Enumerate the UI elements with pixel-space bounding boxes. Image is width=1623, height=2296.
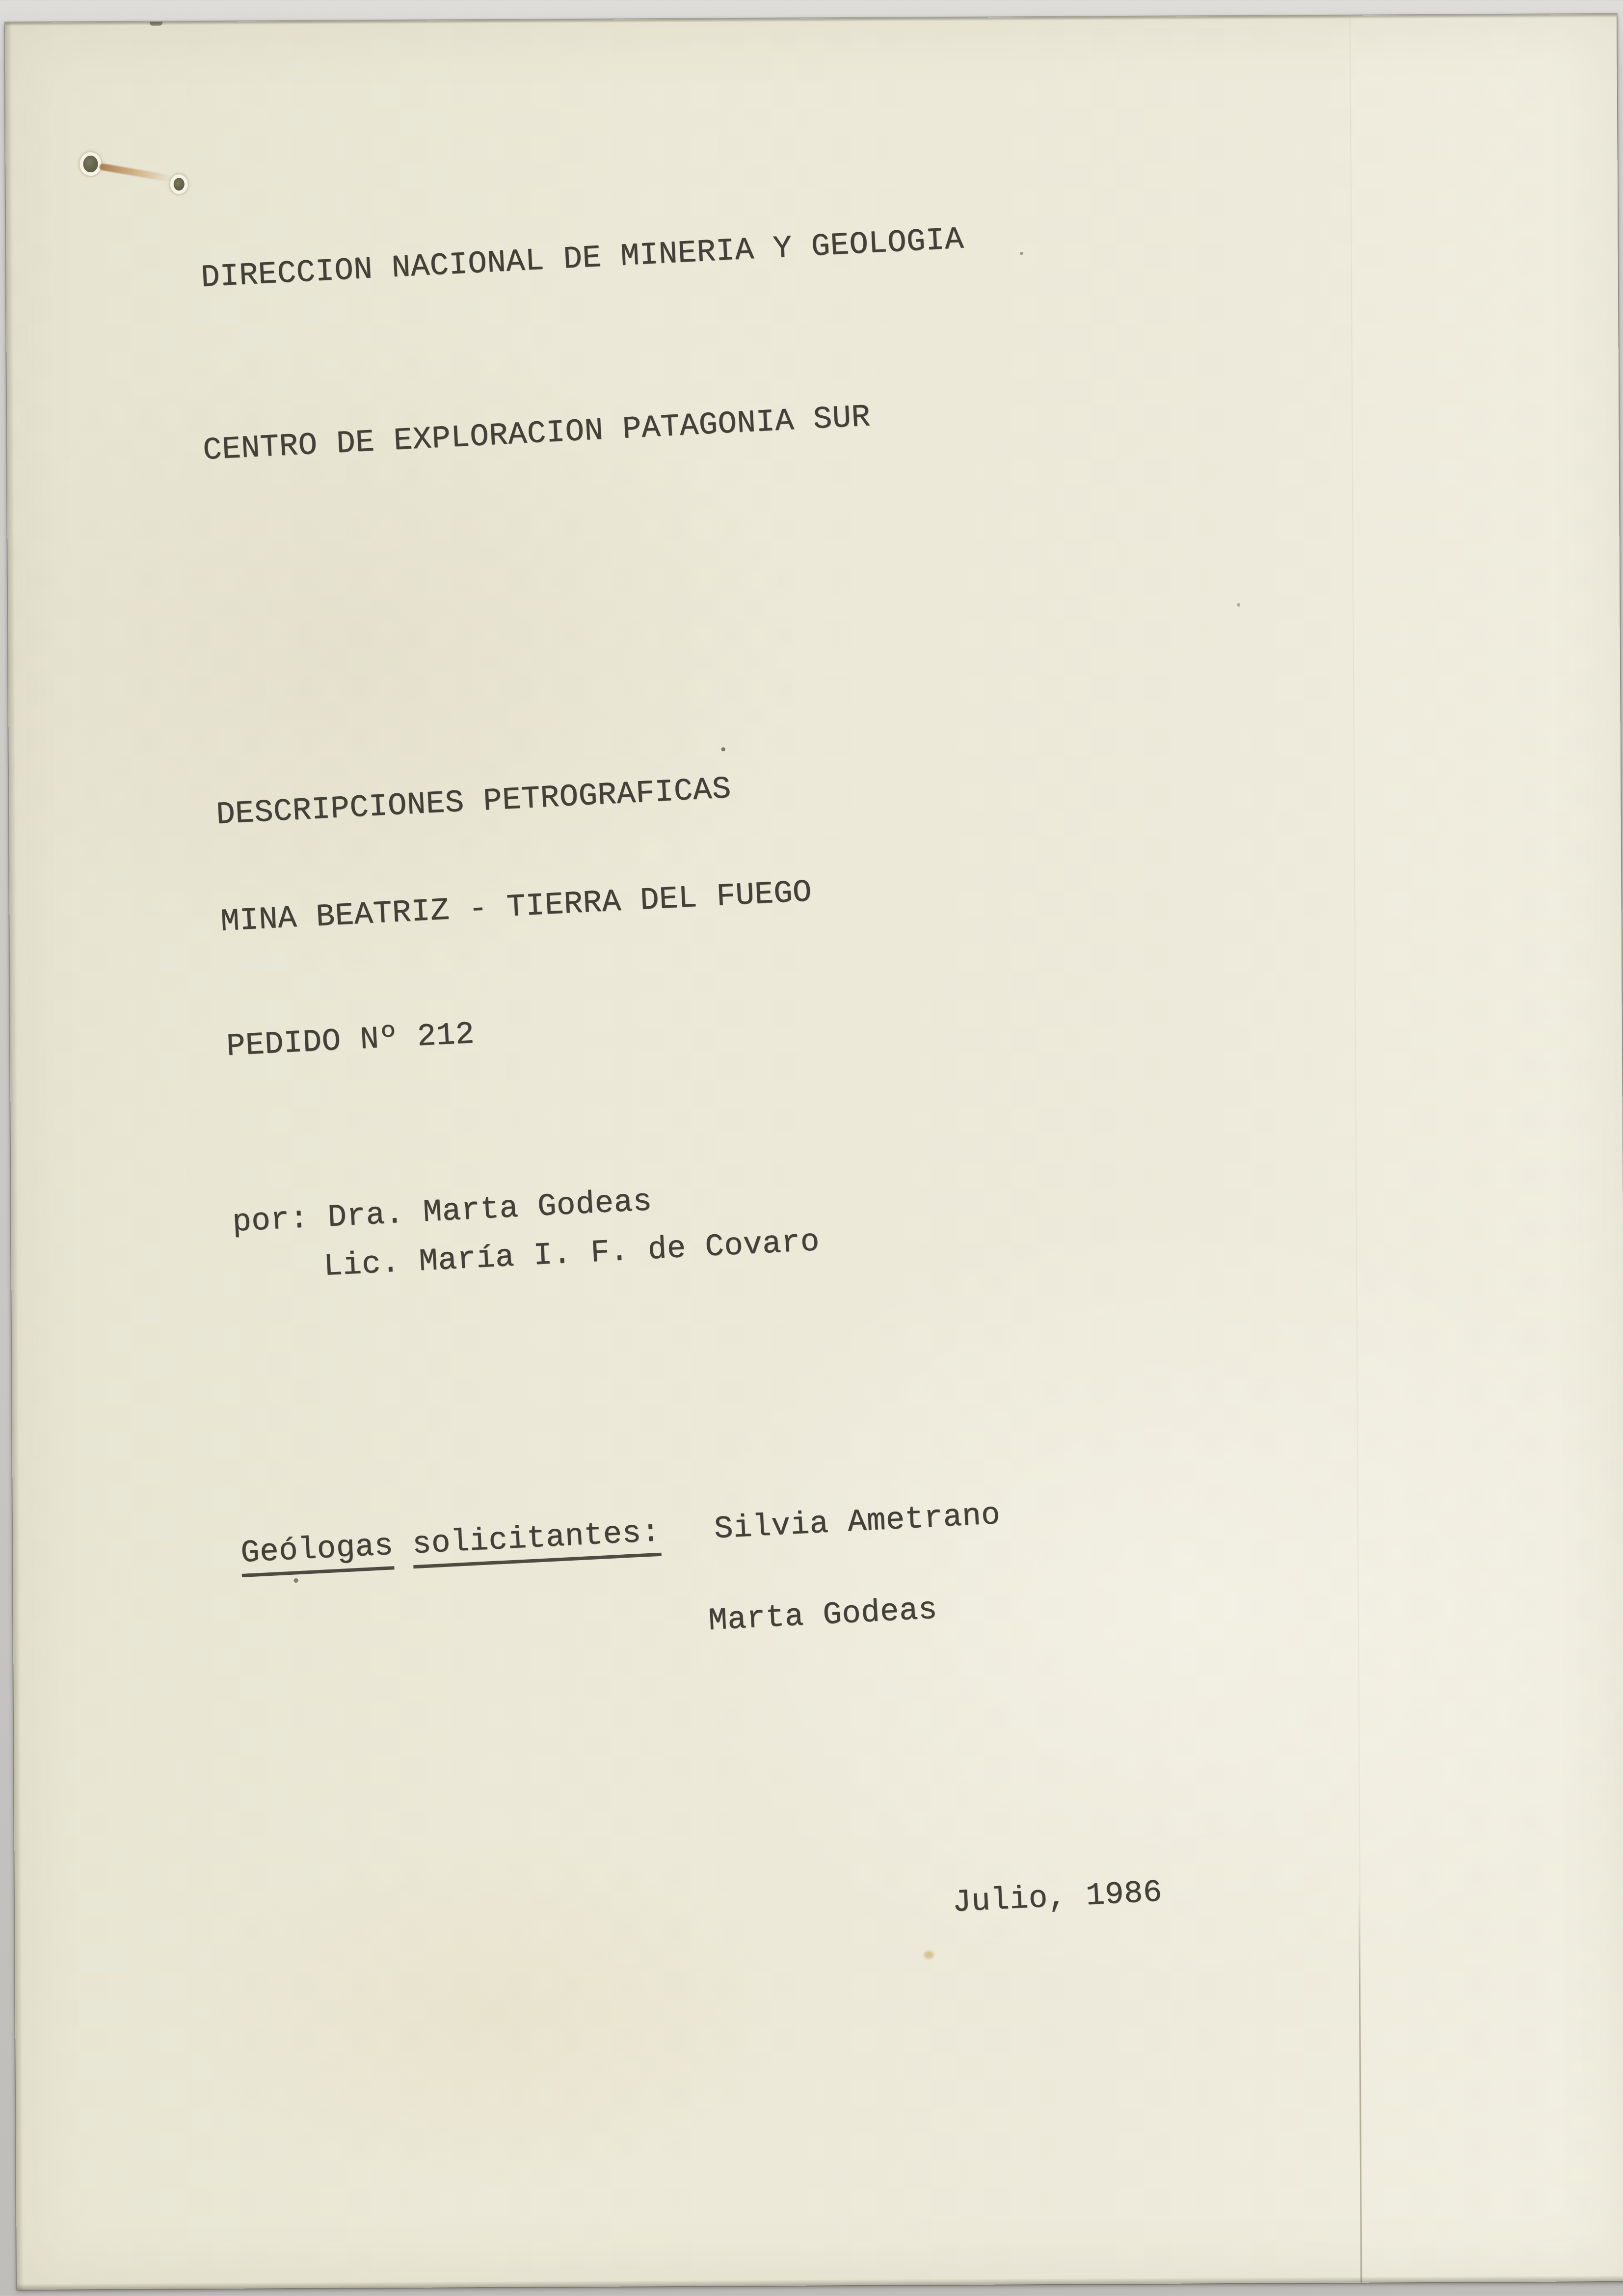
paper-speck bbox=[1237, 603, 1240, 607]
scanned-document: DIRECCION NACIONAL DE MINERIA Y GEOLOGIA… bbox=[0, 0, 1623, 2296]
paper-stain bbox=[924, 1951, 934, 1959]
rust-streak bbox=[99, 163, 172, 182]
paper-edge-nick bbox=[150, 22, 162, 26]
paper-speck bbox=[1020, 252, 1023, 255]
underlying-page-edge bbox=[1350, 14, 1623, 2283]
paper-speck bbox=[294, 1578, 298, 1583]
paper-sheet bbox=[5, 14, 1623, 2290]
staple-hole-icon bbox=[83, 156, 98, 172]
paper-speck bbox=[721, 747, 725, 751]
staple-hole-icon bbox=[174, 178, 185, 190]
